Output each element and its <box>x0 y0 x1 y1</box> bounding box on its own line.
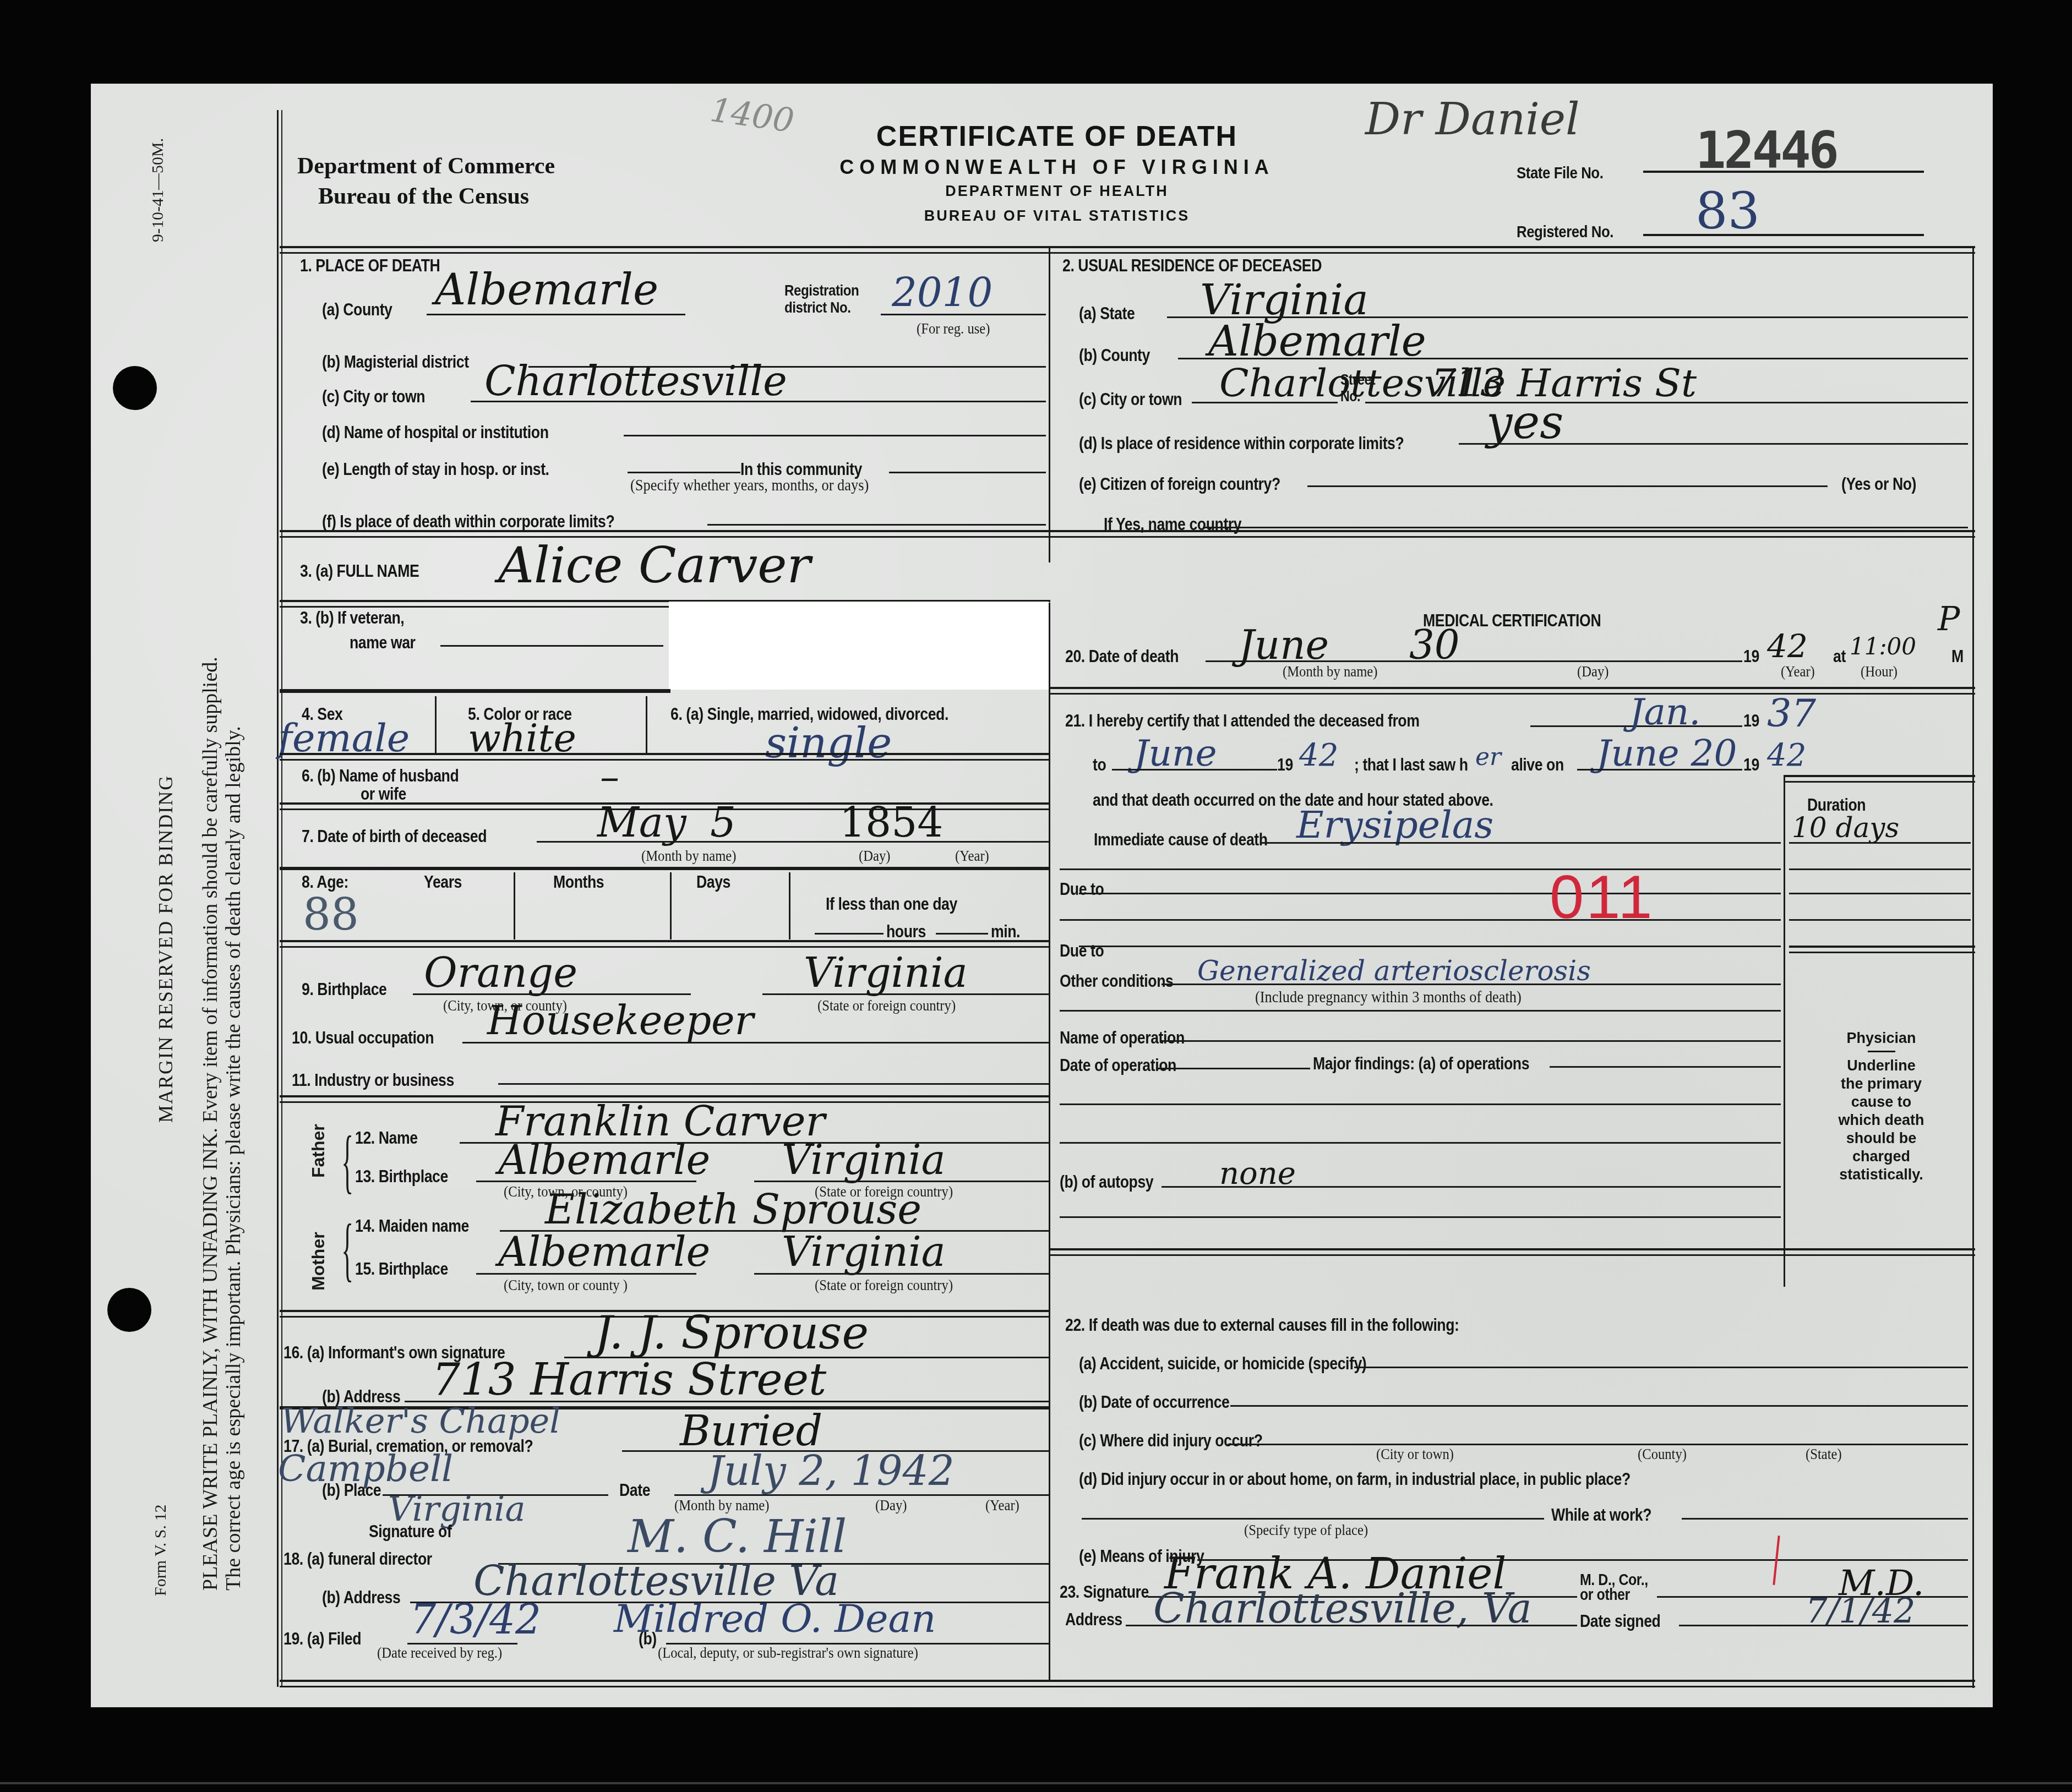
immediate-value[interactable]: Erysipelas <box>1296 804 1493 847</box>
res-street-value[interactable]: 713 Harris St <box>1431 360 1697 406</box>
operation-date-line[interactable] <box>1156 1068 1310 1069</box>
cause-line-3 <box>1060 919 1781 921</box>
veteran-rule <box>280 689 670 693</box>
funeral-director-value[interactable]: M. C. Hill <box>628 1511 847 1563</box>
city-label: (c) City or town <box>322 387 425 407</box>
dob-year-hint: (Year) <box>955 848 989 865</box>
burial-place-label: (b) Place <box>322 1480 381 1500</box>
operation-name-line[interactable] <box>1162 1040 1781 1042</box>
last-saw-year-value[interactable]: 42 <box>1767 737 1806 773</box>
magisterial-label: (b) Magisterial district <box>322 352 469 372</box>
dod-day-hint: (Day) <box>1577 663 1608 681</box>
hours-label: hours <box>886 922 926 942</box>
reg-district-line <box>881 314 1046 315</box>
birthplace-city-line <box>413 993 691 995</box>
side-note-line: Underline <box>1789 1057 1973 1075</box>
dept-health: DEPARTMENT OF HEALTH <box>760 183 1354 200</box>
mother-state-hint: (State or foreign country) <box>815 1277 953 1294</box>
duration-bottom-rule <box>1789 946 1975 953</box>
attend-to-line <box>1112 769 1277 771</box>
last-saw-year-prefix: 19 <box>1743 755 1759 775</box>
commonwealth-title: COMMONWEALTH OF VIRGINIA <box>760 156 1354 179</box>
registered-label: Registered No. <box>1517 223 1613 242</box>
mother-side-label: Mother <box>308 1232 329 1291</box>
res-city-line <box>1192 402 1338 403</box>
reg-district-label-1: Registration <box>784 282 859 299</box>
mother-birthplace-label: 15. Birthplace <box>355 1259 448 1279</box>
days-label: Days <box>696 872 730 892</box>
immediate-duration-value[interactable]: 10 days <box>1792 812 1899 844</box>
father-birth-city-line <box>476 1181 696 1182</box>
burial-year-hint: (Year) <box>985 1497 1019 1515</box>
dod-hour-hint: (Hour) <box>1861 663 1897 681</box>
side-note-line: cause to <box>1789 1093 1973 1111</box>
dod-line <box>1206 660 1742 662</box>
city-line <box>471 401 1046 402</box>
veteran-label-1: 3. (b) If veteran, <box>300 608 404 628</box>
place-of-death-heading: 1. PLACE OF DEATH <box>300 256 440 276</box>
burial-date-label: Date <box>619 1480 650 1500</box>
side-note-line: should be <box>1789 1129 1973 1148</box>
county-line <box>427 314 685 315</box>
corporate-line[interactable] <box>707 524 1046 526</box>
res-corporate-value[interactable]: yes <box>1486 395 1563 449</box>
filed-date-value[interactable]: 7/3/42 <box>410 1596 541 1643</box>
state-file-line <box>1643 171 1924 173</box>
other-hint: (Include pregnancy within 3 months of de… <box>1255 988 1522 1007</box>
margin-instructions-2: The correct age is especially important.… <box>221 726 246 1591</box>
certifier-address-label: Address <box>1065 1610 1122 1630</box>
cause-code-stamp: 011 <box>1550 861 1655 932</box>
funeral-director-label: 18. (a) funeral director <box>283 1549 432 1569</box>
medical-bottom-rule <box>1049 1248 1975 1256</box>
age-days-hours-divider <box>789 872 790 939</box>
dob-line <box>537 841 1049 843</box>
attend-from-value[interactable]: Jan. <box>1629 691 1700 733</box>
res-street-line <box>1365 402 1968 403</box>
date-signed-line <box>1679 1625 1968 1626</box>
mother-birth-city-line <box>476 1273 696 1275</box>
age-months-days-divider <box>670 872 672 939</box>
res-state-label: (a) State <box>1079 304 1135 324</box>
age-rule <box>280 940 1050 948</box>
findings-line[interactable] <box>1550 1066 1781 1068</box>
min-line[interactable] <box>936 933 988 935</box>
other-label: Other conditions <box>1060 971 1173 991</box>
mother-birth-state-value[interactable]: Virginia <box>782 1228 946 1276</box>
side-note-line: statistically. <box>1789 1166 1973 1184</box>
findings-label: Major findings: (a) of operations <box>1313 1054 1529 1074</box>
marital-rule <box>280 753 1050 761</box>
burial-day-hint: (Day) <box>875 1497 907 1515</box>
mother-name-label: 14. Maiden name <box>355 1216 469 1236</box>
side-note-line: charged <box>1789 1148 1973 1166</box>
while-at-work-label: While at work? <box>1551 1505 1651 1525</box>
dod-year-hint: (Year) <box>1781 663 1815 681</box>
death-city-value[interactable]: Charlottesville <box>484 358 787 405</box>
reg-district-value[interactable]: 2010 <box>892 270 993 316</box>
funeral-address-label: (b) Address <box>322 1588 400 1608</box>
min-label: min. <box>991 922 1020 942</box>
margin-binding-note: MARGIN RESERVED FOR BINDING <box>154 775 177 1123</box>
autopsy-label: (b) of autopsy <box>1060 1172 1153 1192</box>
less-than-day-label: If less than one day <box>826 894 957 914</box>
dob-rule <box>280 867 1050 870</box>
father-birth-city-value[interactable]: Albemarle <box>498 1137 710 1184</box>
foreign-line[interactable] <box>1307 485 1828 487</box>
form-number: Form V. S. 12 <box>151 1505 170 1596</box>
occupation-label: 10. Usual occupation <box>292 1028 434 1048</box>
attend-to-value[interactable]: June <box>1134 732 1217 774</box>
dob-label: 7. Date of birth of deceased <box>302 827 487 846</box>
dod-rule <box>1049 687 1975 695</box>
veteran-line[interactable] <box>440 645 663 647</box>
external-d-label: (d) Did injury occur in or about home, o… <box>1079 1469 1631 1489</box>
due-to-label-1: Due to <box>1060 879 1104 899</box>
hours-line[interactable] <box>815 933 884 935</box>
redaction-box <box>669 602 1049 690</box>
dob-day-value[interactable]: 5 <box>710 799 736 846</box>
street-label-2: No. <box>1340 388 1360 405</box>
side-note-line: the primary <box>1789 1075 1973 1093</box>
veteran-label-2: name war <box>350 633 416 653</box>
occupation-value[interactable]: Housekeeper <box>487 997 754 1043</box>
bureau-census: Bureau of the Census <box>318 183 529 210</box>
dod-year-value[interactable]: 42 <box>1767 627 1808 665</box>
dob-day-hint: (Day) <box>859 848 890 865</box>
doctor-note: Dr Daniel <box>1365 94 1580 145</box>
hospital-line[interactable] <box>624 435 1046 436</box>
duration-top-rule <box>1784 775 1975 783</box>
birthplace-state-line <box>762 993 1049 995</box>
mother-brace: { <box>341 1214 353 1285</box>
occupation-line <box>462 1042 1049 1043</box>
community-line[interactable] <box>889 472 1046 473</box>
dob-year-value[interactable]: 1854 <box>839 799 943 846</box>
birthplace-city-value[interactable]: Orange <box>424 949 577 997</box>
form-right-border <box>1972 246 1974 1688</box>
spouse-value[interactable]: – <box>600 754 619 799</box>
certificate-title: CERTIFICATE OF DEATH <box>760 120 1354 153</box>
physician-side-note: Physician Underline the primary cause to… <box>1789 1029 1973 1184</box>
mother-city-hint: (City, town or county ) <box>504 1277 628 1294</box>
side-note-rule <box>1868 1051 1895 1052</box>
burial-date-line <box>674 1494 1049 1496</box>
findings-line-3 <box>1060 1142 1781 1144</box>
last-saw-line <box>1577 769 1742 771</box>
due-to-line-1[interactable] <box>1079 893 1781 894</box>
dod-hour-value[interactable]: 11:00 <box>1850 633 1916 660</box>
age-years-value[interactable]: 88 <box>303 889 359 940</box>
cemetery-note[interactable]: Walker's Chapel <box>281 1401 560 1441</box>
external-c-line[interactable] <box>1228 1444 1968 1445</box>
race-marital-divider <box>646 696 647 754</box>
registrar-hint: (Local, deputy, or sub-registrar's own s… <box>658 1645 918 1662</box>
country-line[interactable] <box>1203 527 1968 528</box>
external-b-label: (b) Date of occurrence <box>1079 1392 1229 1412</box>
father-birth-state-value[interactable]: Virginia <box>782 1137 946 1184</box>
external-b-line[interactable] <box>1230 1405 1968 1407</box>
industry-label: 11. Industry or business <box>292 1070 454 1090</box>
father-birthplace-label: 13. Birthplace <box>355 1167 448 1187</box>
certifier-address-line <box>1126 1625 1577 1626</box>
operation-name-label: Name of operation <box>1060 1028 1185 1048</box>
stay-label: (e) Length of stay in hosp. or inst. <box>322 460 549 479</box>
m-label: M <box>1951 647 1964 666</box>
print-code: 9-10-41—50M. <box>149 138 167 242</box>
attend-label: 21. I hereby certify that I attended the… <box>1065 711 1419 731</box>
column-divider-main <box>1049 603 1050 1681</box>
cause-line-5 <box>1060 1010 1781 1012</box>
duration-line-3 <box>1789 893 1971 894</box>
certifier-title-label-2: or other <box>1580 1586 1630 1604</box>
dob-month-value[interactable]: May <box>597 799 686 846</box>
mother-birth-city-value[interactable]: Albemarle <box>498 1228 710 1276</box>
while-at-work-line[interactable] <box>1682 1518 1968 1520</box>
registered-line <box>1643 234 1924 236</box>
informant-signature-value[interactable]: J. J. Sprouse <box>595 1307 869 1359</box>
last-saw-pronoun[interactable]: er <box>1475 743 1501 771</box>
margin-instructions-1: PLEASE WRITE PLAINLY, WITH UNFADING INK.… <box>198 657 222 1591</box>
immediate-label: Immediate cause of death <box>1094 830 1268 850</box>
stay-note: (Specify whether years, months, or days) <box>630 476 869 495</box>
state-file-label: State File No. <box>1517 164 1603 183</box>
months-label: Months <box>553 872 604 892</box>
birthplace-state-value[interactable]: Virginia <box>804 949 968 997</box>
cause-line-2 <box>1060 868 1781 870</box>
other-value[interactable]: Generalized arteriosclerosis <box>1197 955 1591 987</box>
binding-hole-top <box>113 366 157 410</box>
last-saw-label: ; that I last saw h <box>1354 755 1468 775</box>
dod-label: 20. Date of death <box>1065 647 1179 666</box>
father-birth-state-line <box>754 1181 1049 1182</box>
res-county-label: (b) County <box>1079 346 1150 365</box>
county-label: (a) County <box>322 300 392 320</box>
scanner-edge <box>0 1782 2072 1784</box>
father-side-label: Father <box>308 1124 329 1178</box>
external-state-hint: (State) <box>1806 1446 1842 1463</box>
residence-heading: 2. USUAL RESIDENCE OF DECEASED <box>1062 256 1322 276</box>
external-a-label: (a) Accident, suicide, or homicide (spec… <box>1079 1354 1366 1374</box>
dod-year-prefix: 19 <box>1743 647 1759 666</box>
attend-from-year-prefix: 19 <box>1743 711 1759 731</box>
funeral-sig-label: Signature of <box>369 1522 451 1542</box>
dod-month-hint: (Month by name) <box>1283 663 1377 681</box>
side-note-line: Physician <box>1789 1029 1973 1047</box>
res-county-line <box>1178 358 1968 359</box>
reg-district-label-2: district No. <box>784 299 851 316</box>
hospital-label: (d) Name of hospital or institution <box>322 423 548 442</box>
full-name-value[interactable]: Alice Carver <box>498 537 811 594</box>
dept-commerce: Department of Commerce <box>297 153 555 179</box>
death-county-value[interactable]: Albemarle <box>435 265 658 315</box>
res-corporate-label: (d) Is place of residence within corpora… <box>1079 434 1404 454</box>
res-corporate-line <box>1459 443 1968 445</box>
external-city-hint: (City or town) <box>1376 1446 1454 1463</box>
foreign-label: (e) Citizen of foreign country? <box>1079 474 1280 494</box>
immediate-line <box>1261 842 1781 844</box>
foreign-hint: (Yes or No) <box>1841 474 1916 494</box>
mother-name-value[interactable]: Elizabeth Sprouse <box>545 1186 922 1233</box>
due-to-label-2: Due to <box>1060 941 1104 961</box>
birthplace-label: 9. Birthplace <box>302 980 386 999</box>
sex-race-divider <box>435 696 437 754</box>
binding-hole-bottom <box>107 1288 151 1332</box>
external-county-hint: (County) <box>1638 1446 1687 1463</box>
duration-column-divider <box>1784 775 1785 1287</box>
due-to-line-2[interactable] <box>1079 946 1781 947</box>
corporate-label: (f) Is place of death within corporate l… <box>322 512 614 532</box>
street-label-1: Street <box>1340 371 1375 389</box>
industry-line[interactable] <box>498 1083 1049 1085</box>
operation-date-label: Date of operation <box>1060 1056 1176 1075</box>
findings-line-2 <box>1060 1103 1781 1105</box>
mother-birth-state-line <box>754 1273 1049 1275</box>
registrar-signature-value[interactable]: Mildred O. Dean <box>614 1596 936 1641</box>
attend-to-label: to <box>1093 755 1106 775</box>
spouse-label-1: 6. (b) Name of husband <box>302 766 459 786</box>
pm-mark: P <box>1938 600 1960 638</box>
filed-date-hint: (Date received by reg.) <box>377 1645 502 1662</box>
alive-label: alive on <box>1511 755 1564 775</box>
duration-line-2 <box>1789 868 1971 870</box>
informant-address-value[interactable]: 713 Harris Street <box>432 1354 826 1405</box>
spouse-label-2: or wife <box>361 784 406 804</box>
column-divider-top <box>1049 246 1050 562</box>
certifier-signature-label: 23. Signature <box>1060 1582 1149 1602</box>
duration-line-1 <box>1789 842 1971 844</box>
years-label: Years <box>424 872 462 892</box>
external-c-label: (c) Where did injury occur? <box>1079 1431 1263 1451</box>
filed-label: 19. (a) Filed <box>283 1629 361 1649</box>
full-name-label: 3. (a) FULL NAME <box>300 561 419 581</box>
burial-date-value[interactable]: July 2, 1942 <box>707 1447 955 1495</box>
header-rule <box>280 246 1975 254</box>
father-brace: { <box>341 1126 353 1197</box>
birthplace-state-hint: (State or foreign country) <box>817 997 956 1015</box>
age-years-months-divider <box>514 872 515 939</box>
date-signed-label: Date signed <box>1580 1611 1660 1631</box>
registered-number: 83 <box>1695 182 1760 241</box>
attend-to-year-prefix: 19 <box>1277 755 1293 775</box>
place-type-hint: (Specify type of place) <box>1244 1522 1368 1539</box>
father-name-label: 12. Name <box>355 1128 418 1148</box>
last-saw-date-value[interactable]: June 20 <box>1596 732 1737 774</box>
attend-from-year-value[interactable]: 37 <box>1767 691 1816 736</box>
other-line <box>1162 984 1781 985</box>
bureau-vital-stats: BUREAU OF VITAL STATISTICS <box>760 207 1354 225</box>
autopsy-line <box>1162 1186 1781 1188</box>
dob-month-hint: (Month by name) <box>641 848 736 865</box>
footer-rule <box>280 1680 1975 1687</box>
autopsy-line-2 <box>1060 1216 1781 1218</box>
at-label: at <box>1833 647 1846 666</box>
stay-line[interactable] <box>628 472 740 473</box>
external-a-line[interactable] <box>1354 1367 1968 1368</box>
reg-use-note: (For reg. use) <box>917 320 990 338</box>
res-city-label: (c) City or town <box>1079 390 1182 409</box>
attend-to-year-value[interactable]: 42 <box>1299 737 1338 773</box>
duration-line-4 <box>1789 919 1971 921</box>
side-note-line: which death <box>1789 1111 1973 1129</box>
external-d-line[interactable] <box>1082 1518 1544 1520</box>
external-heading: 22. If death was due to external causes … <box>1065 1315 1459 1335</box>
